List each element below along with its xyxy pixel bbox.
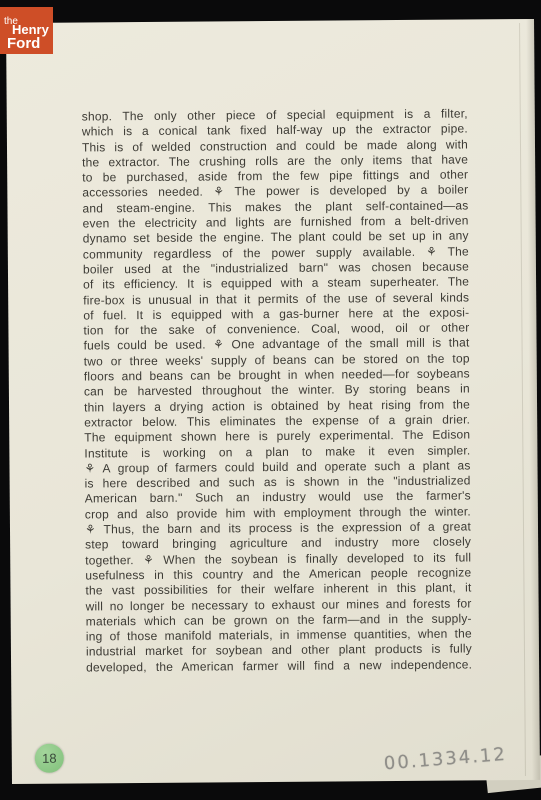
booklet-page: shop. The only other piece of special eq… bbox=[6, 19, 540, 784]
logo-word-ford: Ford bbox=[7, 36, 40, 51]
body-text: shop. The only other piece of special eq… bbox=[82, 106, 472, 675]
page-number-sticker: 18 bbox=[35, 744, 64, 773]
henry-ford-logo: the Henry Ford bbox=[0, 7, 53, 54]
text-line: developed, the American farmer will find… bbox=[86, 657, 472, 675]
accession-number: 00.1334.12 bbox=[383, 744, 507, 774]
photo-background: shop. The only other piece of special eq… bbox=[0, 0, 541, 800]
page-number: 18 bbox=[42, 751, 57, 766]
